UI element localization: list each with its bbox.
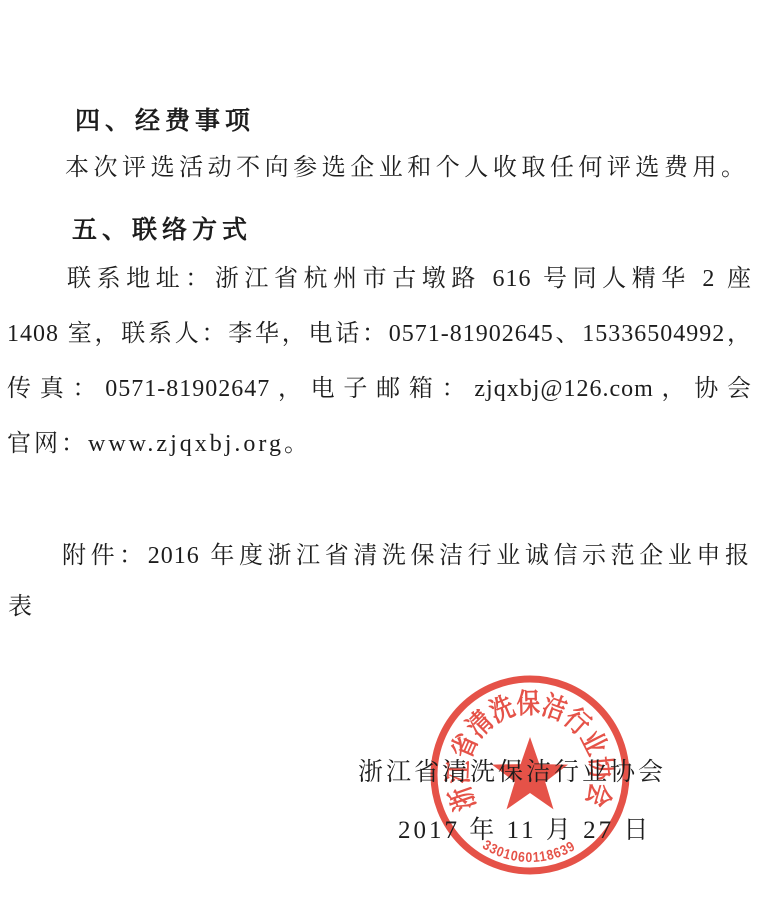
section-5-heading: 五、联络方式 [72, 210, 252, 246]
document-page: 浙江省清洗保洁行业协会 3301060118639 四、经费事项 本次评选活动不… [0, 0, 760, 907]
section-4-heading: 四、经费事项 [75, 101, 255, 137]
attachment-line-1: 附件：2016 年度浙江省清洗保洁行业诚信示范企业申报 [62, 541, 750, 571]
signature-date: 2017 年 11 月 27 日 [398, 810, 651, 846]
contact-line-2: 1408 室，联系人：李华，电话：0571-81902645、153365049… [7, 319, 752, 349]
section-4-body-line: 本次评选活动不向参选企业和个人收取任何评选费用。 [65, 153, 746, 183]
contact-line-3: 传真：0571-81902647，电子邮箱：zjqxbj@126.com，协会 [7, 374, 752, 404]
contact-line-4: 官网：www.zjqxbj.org。 [7, 429, 311, 459]
attachment-line-2: 表 [8, 592, 35, 622]
signature-organization: 浙江省清洗保洁行业协会 [358, 752, 666, 788]
contact-line-1: 联系地址：浙江省杭州市古墩路 616 号同人精华 2 座 [67, 264, 752, 294]
